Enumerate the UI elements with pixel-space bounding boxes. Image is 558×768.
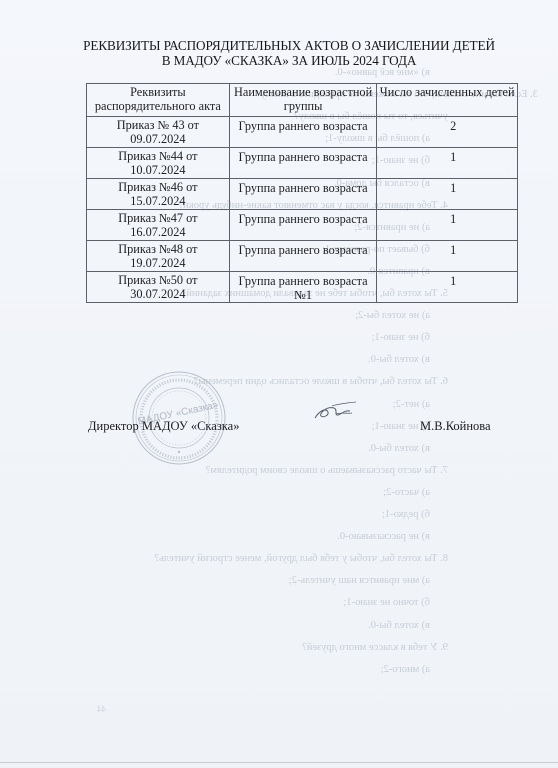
order-date: 16.07.2024: [130, 225, 185, 239]
bleed-line: б) редко-1;: [382, 510, 430, 521]
page-bottom-edge: [0, 762, 558, 763]
count-cell: 1: [377, 241, 518, 272]
act-cell: Приказ № 43 от09.07.2024: [87, 117, 230, 148]
bleed-line: б) точно не знаю-1;: [343, 598, 430, 609]
document-title: РЕКВИЗИТЫ РАСПОРЯДИТЕЛЬНЫХ АКТОВ О ЗАЧИС…: [0, 38, 558, 68]
group-cell: Группа раннего возраста: [229, 117, 377, 148]
bleed-line: в) хотел бы-0.: [368, 621, 430, 632]
order-number: Приказ №46 от: [118, 180, 197, 194]
title-line-2: В МАДОУ «СКАЗКА» ЗА ИЮЛЬ 2024 ГОДА: [0, 53, 558, 68]
bleed-line: 8. Ты хотел бы, чтобы у тебя был другой,…: [154, 554, 448, 565]
act-cell: Приказ №48 от19.07.2024: [87, 241, 230, 272]
header-children-count: Число зачисленных детей: [377, 84, 518, 117]
act-cell: Приказ №47 от16.07.2024: [87, 210, 230, 241]
signature-icon: [312, 400, 360, 424]
bleed-line: в) хотел бы-0.: [368, 444, 430, 455]
bleed-line: а) мне нравится наш учитель-2;: [289, 576, 430, 587]
table-row: Приказ №50 от30.07.2024 Группа раннего в…: [87, 272, 518, 303]
count-cell: 1: [377, 272, 518, 303]
bleed-line: 6. Ты хотел бы, чтобы в школе остались о…: [194, 377, 448, 388]
table-row: Приказ №44 от10.07.2024 Группа раннего в…: [87, 148, 518, 179]
group-cell: Группа раннего возраста: [229, 210, 377, 241]
act-cell: Приказ №44 от10.07.2024: [87, 148, 230, 179]
group-cell: Группа раннего возраста №1: [229, 272, 377, 303]
act-cell: Приказ №46 от15.07.2024: [87, 179, 230, 210]
order-date: 19.07.2024: [130, 256, 185, 270]
header-group-name: Наименование возрастной группы: [229, 84, 377, 117]
order-number: Приказ №47 от: [118, 211, 197, 225]
bleed-line: 7. Ты часто рассказываешь о школе своим …: [206, 466, 448, 477]
table-header-row: Реквизиты распорядительного акта Наимено…: [87, 84, 518, 117]
order-date: 15.07.2024: [130, 194, 185, 208]
group-cell: Группа раннего возраста: [229, 148, 377, 179]
bleed-line: в) хотел бы-0.: [368, 355, 430, 366]
enrollment-acts-table: Реквизиты распорядительного акта Наимено…: [86, 83, 518, 303]
order-date: 09.07.2024: [130, 132, 185, 146]
count-cell: 2: [377, 117, 518, 148]
act-cell: Приказ №50 от30.07.2024: [87, 272, 230, 303]
director-name: М.В.Койнова: [420, 419, 491, 434]
order-date: 30.07.2024: [130, 287, 185, 301]
count-cell: 1: [377, 148, 518, 179]
bleed-line: в) «мне всё равно»-0.: [335, 68, 430, 79]
bleed-line: в) не рассказываю-0.: [337, 532, 430, 543]
order-number: Приказ №50 от: [118, 273, 197, 287]
table-row: Приказ № 43 от09.07.2024 Группа раннего …: [87, 117, 518, 148]
table-row: Приказ №48 от19.07.2024 Группа раннего в…: [87, 241, 518, 272]
table-row: Приказ №47 от16.07.2024 Группа раннего в…: [87, 210, 518, 241]
bleed-line: а) много-2;: [381, 665, 430, 676]
bleed-line: 9. У тебя в классе много друзей?: [302, 643, 448, 654]
header-act-details: Реквизиты распорядительного акта: [87, 84, 230, 117]
group-cell: Группа раннего возраста: [229, 241, 377, 272]
order-number: Приказ №44 от: [118, 149, 197, 163]
title-line-1: РЕКВИЗИТЫ РАСПОРЯДИТЕЛЬНЫХ АКТОВ О ЗАЧИС…: [0, 38, 558, 53]
group-cell: Группа раннего возраста: [229, 179, 377, 210]
count-cell: 1: [377, 179, 518, 210]
table-row: Приказ №46 от15.07.2024 Группа раннего в…: [87, 179, 518, 210]
bleed-line: б) не знаю-1;: [372, 333, 430, 344]
director-position: Директор МАДОУ «Сказка»: [88, 419, 239, 434]
bleed-page-number: 44: [97, 704, 106, 714]
count-cell: 1: [377, 210, 518, 241]
bleed-line: а) нет-2;: [393, 400, 430, 411]
bleed-line: а) часто-2;: [383, 488, 430, 499]
organization-stamp-icon: МАДОУ «Сказка»: [131, 370, 227, 466]
document-page: в) «мне всё равно»-0.3. Если бы мне сказ…: [0, 0, 558, 768]
order-number: Приказ №48 от: [118, 242, 197, 256]
order-number: Приказ № 43 от: [117, 118, 199, 132]
order-date: 10.07.2024: [130, 163, 185, 177]
bleed-line: а) не хотел бы-2;: [355, 311, 430, 322]
